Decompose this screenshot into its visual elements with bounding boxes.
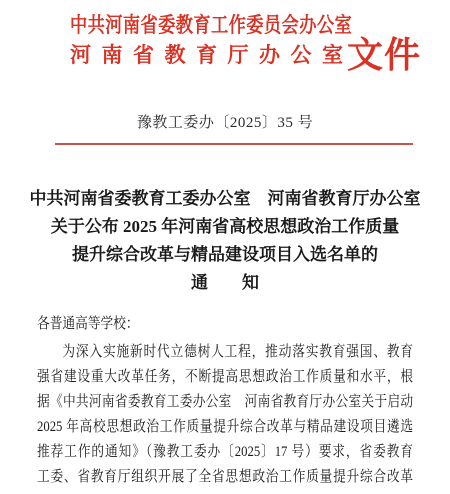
body-line: 推荐工作的通知》（豫教工委办〔2025〕17 号）要求，省委教育 — [37, 440, 413, 465]
body-line: 为深入实施新时代立德树人工程，推动落实教育强国、教育 — [37, 340, 413, 365]
document-reference-number: 豫教工委办〔2025〕35 号 — [0, 111, 450, 132]
letterhead-org-line1: 中共河南省委教育工作委员会办公室 — [70, 9, 352, 39]
document-title-subject: 通 知 — [20, 269, 430, 297]
body-line: 2025 年高校思想政治工作质量提升综合改革与精品建设项目遴选 — [37, 415, 413, 440]
body-line: 据《中共河南省委教育工委办公室 河南省教育厅办公室关于启动 — [37, 390, 413, 415]
document-title-line1: 中共河南省委教育工委办公室 河南省教育厅办公室 — [20, 185, 430, 213]
body-paragraph: 为深入实施新时代立德树人工程，推动落实教育强国、教育 强省建设重大改革任务，不断… — [37, 340, 413, 490]
letterhead-separator-rule — [55, 143, 413, 145]
document-title-line3: 提升综合改革与精品建设项目入选名单的 — [20, 241, 430, 269]
document-page: 中共河南省委教育工作委员会办公室 河南省教育厅办公室 文件 豫教工委办〔2025… — [0, 0, 450, 494]
document-body: 各普通高等学校： 为深入实施新时代立德树人工程，推动落实教育强国、教育 强省建设… — [37, 312, 413, 490]
document-title-line2: 关于公布 2025 年河南省高校思想政治工作质量 — [20, 213, 430, 241]
letterhead-org-line2: 河南省教育厅办公室 — [70, 44, 343, 67]
body-line: 强省建设重大改革任务，不断提高思想政治工作质量和水平，根 — [37, 365, 413, 390]
body-line: 工委、省教育厅组织开展了全省思想政治工作质量提升综合改革 — [37, 465, 413, 490]
document-title: 中共河南省委教育工委办公室 河南省教育厅办公室 关于公布 2025 年河南省高校… — [20, 185, 430, 297]
letterhead-doc-type-label: 文件 — [347, 27, 421, 78]
salutation: 各普通高等学校： — [37, 312, 413, 337]
